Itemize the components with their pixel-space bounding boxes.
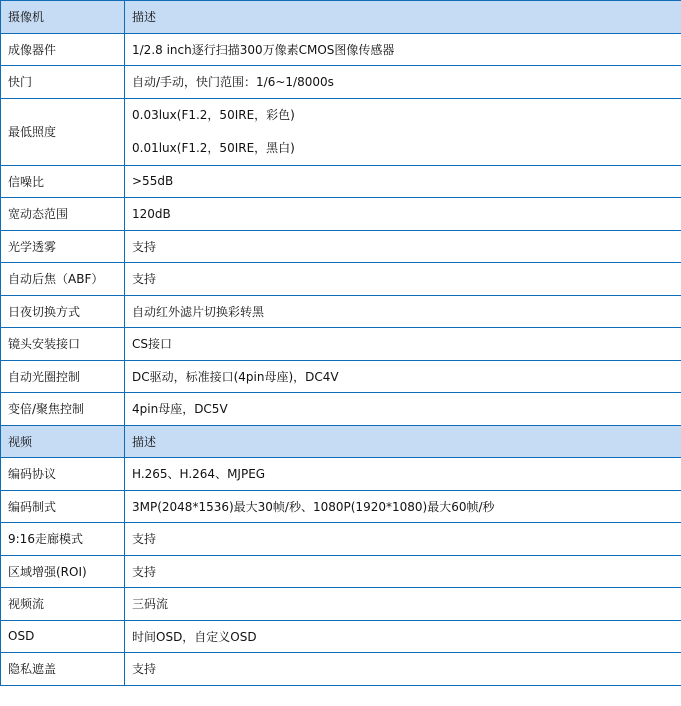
row-label: 9:16走廊模式 <box>1 523 125 556</box>
video-section-header: 视频 描述 <box>1 425 681 458</box>
row-value: 支持 <box>125 230 681 263</box>
header-desc: 描述 <box>125 425 681 458</box>
table-row: 快门自动/手动，快门范围：1/6~1/8000s <box>1 66 681 99</box>
table-row: 最低照度 0.03lux(F1.2，50IRE，彩色) 0.01lux(F1.2… <box>1 98 681 165</box>
row-label: 变倍/聚焦控制 <box>1 393 125 426</box>
row-value: 自动红外滤片切换彩转黑 <box>125 295 681 328</box>
table-row: 区域增强(ROI)支持 <box>1 555 681 588</box>
row-label: 最低照度 <box>1 98 125 165</box>
table-row: 宽动态范围120dB <box>1 198 681 231</box>
row-value: 时间OSD，自定义OSD <box>125 620 681 653</box>
row-value: 4pin母座，DC5V <box>125 393 681 426</box>
row-value: 自动/手动，快门范围：1/6~1/8000s <box>125 66 681 99</box>
row-label: 光学透雾 <box>1 230 125 263</box>
table-row: 日夜切换方式自动红外滤片切换彩转黑 <box>1 295 681 328</box>
header-desc: 描述 <box>125 1 681 34</box>
header-label: 摄像机 <box>1 1 125 34</box>
row-label: 成像器件 <box>1 33 125 66</box>
table-row: 隐私遮盖支持 <box>1 653 681 686</box>
row-value: 支持 <box>125 555 681 588</box>
row-label: 快门 <box>1 66 125 99</box>
row-label: 宽动态范围 <box>1 198 125 231</box>
row-label: 隐私遮盖 <box>1 653 125 686</box>
row-label: 区域增强(ROI) <box>1 555 125 588</box>
table-row: 信噪比>55dB <box>1 165 681 198</box>
row-value: 120dB <box>125 198 681 231</box>
row-value: 3MP(2048*1536)最大30帧/秒、1080P(1920*1080)最大… <box>125 490 681 523</box>
row-value-line: 0.03lux(F1.2，50IRE，彩色) <box>132 99 681 132</box>
row-value: 1/2.8 inch逐行扫描300万像素CMOS图像传感器 <box>125 33 681 66</box>
row-value: H.265、H.264、MJPEG <box>125 458 681 491</box>
row-value: DC驱动，标准接口(4pin母座)，DC4V <box>125 360 681 393</box>
row-value: >55dB <box>125 165 681 198</box>
row-label: OSD <box>1 620 125 653</box>
row-label: 编码制式 <box>1 490 125 523</box>
row-label: 信噪比 <box>1 165 125 198</box>
row-value: 支持 <box>125 653 681 686</box>
table-row: 9:16走廊模式支持 <box>1 523 681 556</box>
row-value: 支持 <box>125 523 681 556</box>
row-label: 视频流 <box>1 588 125 621</box>
row-value-line: 0.01lux(F1.2，50IRE，黑白) <box>132 132 681 165</box>
table-row: 镜头安装接口CS接口 <box>1 328 681 361</box>
table-row: 光学透雾支持 <box>1 230 681 263</box>
row-label: 编码协议 <box>1 458 125 491</box>
table-row: OSD时间OSD，自定义OSD <box>1 620 681 653</box>
table-row: 变倍/聚焦控制4pin母座，DC5V <box>1 393 681 426</box>
header-label: 视频 <box>1 425 125 458</box>
table-row: 视频流三码流 <box>1 588 681 621</box>
row-value: 三码流 <box>125 588 681 621</box>
table-row: 编码制式3MP(2048*1536)最大30帧/秒、1080P(1920*108… <box>1 490 681 523</box>
table-row: 自动后焦（ABF）支持 <box>1 263 681 296</box>
row-label: 自动光圈控制 <box>1 360 125 393</box>
spec-table: 摄像机 描述 成像器件1/2.8 inch逐行扫描300万像素CMOS图像传感器… <box>0 0 681 686</box>
row-value: CS接口 <box>125 328 681 361</box>
row-label: 日夜切换方式 <box>1 295 125 328</box>
row-value: 0.03lux(F1.2，50IRE，彩色) 0.01lux(F1.2，50IR… <box>125 98 681 165</box>
camera-section-header: 摄像机 描述 <box>1 1 681 34</box>
table-row: 自动光圈控制DC驱动，标准接口(4pin母座)，DC4V <box>1 360 681 393</box>
table-row: 编码协议H.265、H.264、MJPEG <box>1 458 681 491</box>
table-row: 成像器件1/2.8 inch逐行扫描300万像素CMOS图像传感器 <box>1 33 681 66</box>
row-label: 镜头安装接口 <box>1 328 125 361</box>
row-value: 支持 <box>125 263 681 296</box>
row-label: 自动后焦（ABF） <box>1 263 125 296</box>
